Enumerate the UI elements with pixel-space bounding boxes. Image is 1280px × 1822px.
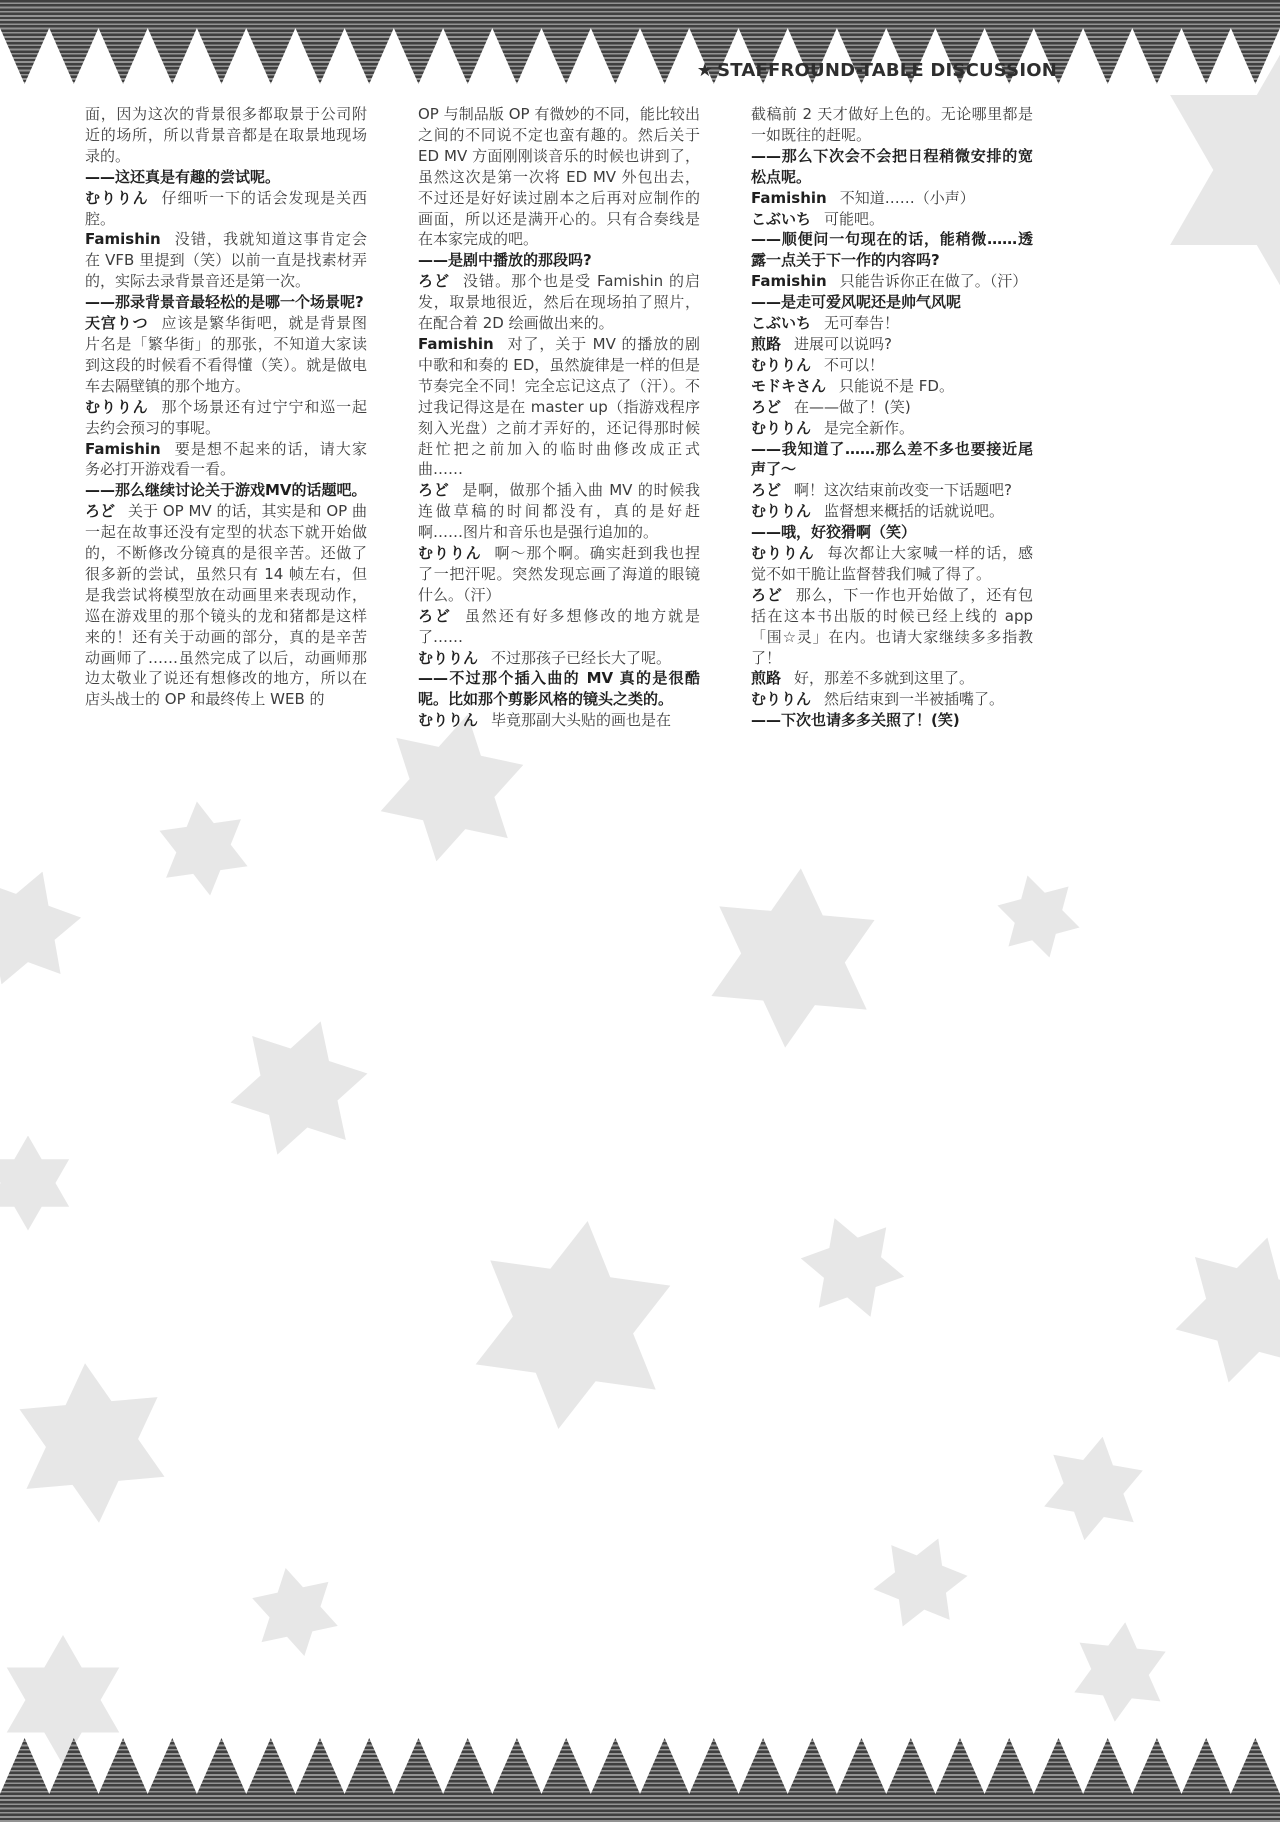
speaker-name: むりりん (85, 398, 162, 416)
dialogue-text: ——顺便问一句现在的话，能稍微……透露一点关于下一作的内容吗? (751, 230, 1033, 269)
dialogue-paragraph: むりりん是完全新作。 (751, 418, 1033, 439)
dialogue-text: 是完全新作。 (824, 419, 914, 437)
background-star-icon (211, 1000, 387, 1176)
dialogue-text: 无可奉告！ (824, 314, 899, 332)
dialogue-paragraph: Famishin对了，关于 MV 的播放的剧中歌和和奏的 ED，虽然旋律是一样的… (418, 334, 700, 480)
speaker-name: ろど (418, 272, 463, 290)
dialogue-paragraph: こぶいち可能吧。 (751, 209, 1033, 230)
interviewer-line: ——我知道了……那么差不多也要接近尾声了～ (751, 439, 1033, 481)
speaker-name: Famishin (751, 189, 840, 207)
dialogue-paragraph: むりりん啊～那个啊。确实赶到我也捏了一把汗呢。突然发现忘画了海道的眼镜什么。（汗… (418, 543, 700, 606)
bottom-zigzag-border (0, 1738, 1280, 1822)
dialogue-paragraph: ろど关于 OP MV 的话，其实是和 OP 曲一起在故事还没有定型的状态下就开始… (85, 501, 367, 710)
speaker-name: ろど (751, 398, 794, 416)
dialogue-paragraph: ろど虽然还有好多想修改的地方就是了…… (418, 606, 700, 648)
interviewer-line: ——下次也请多多关照了！(笑) (751, 710, 1033, 731)
dialogue-paragraph: 天宫りつ应该是繁华街吧，就是背景图片名是「繁华街」的那张，不知道大家读到这段的时… (85, 313, 367, 397)
dialogue-paragraph: Famishin要是想不起来的话，请大家务必打开游戏看一看。 (85, 439, 367, 481)
dialogue-text: 监督想来概括的话就说吧。 (824, 502, 1004, 520)
dialogue-paragraph: むりりん仔细听一下的话会发现是关西腔。 (85, 188, 367, 230)
dialogue-text: 可能吧。 (824, 210, 884, 228)
interviewer-line: ——这还真是有趣的尝试呢。 (85, 167, 367, 188)
speaker-name: Famishin (418, 335, 507, 353)
dialogue-text: ——那么下次会不会把日程稍微安排的宽松点呢。 (751, 147, 1033, 186)
text-column: 面，因为这次的背景很多都取景于公司附近的场所，所以背景音都是在取景地现场录的。—… (85, 104, 367, 731)
dialogue-paragraph: Famishin不知道……（小声） (751, 188, 1033, 209)
speaker-name: モドキさん (751, 377, 839, 395)
dialogue-paragraph: むりりん然后结束到一半被插嘴了。 (751, 689, 1033, 710)
interviewer-line: ——那么继续讨论关于游戏MV的话题吧。 (85, 480, 367, 501)
dialogue-paragraph: ろど在——做了！(笑) (751, 397, 1033, 418)
background-star-icon (695, 860, 890, 1055)
speaker-name: むりりん (751, 502, 824, 520)
speaker-name: ろど (751, 586, 796, 604)
dialogue-text: 在——做了！(笑) (794, 398, 911, 416)
dialogue-text: 不知道……（小声） (840, 189, 975, 207)
dialogue-text: 不可以！ (824, 356, 884, 374)
continuation-paragraph: 截稿前 2 天才做好上色的。无论哪里都是一如既往的赶呢。 (751, 104, 1033, 146)
star-icon: ★ (697, 60, 713, 81)
speaker-name: 煎路 (751, 335, 794, 353)
dialogue-paragraph: むりりん毕竟那副大头贴的画也是在 (418, 710, 700, 731)
background-star-icon (1032, 1427, 1154, 1549)
dialogue-text: 截稿前 2 天才做好上色的。无论哪里都是一如既往的赶呢。 (751, 105, 1033, 144)
speaker-name: 煎路 (751, 669, 794, 687)
dialogue-paragraph: むりりん那个场景还有过宁宁和巡一起去约会预习的事呢。 (85, 397, 367, 439)
dialogue-text: 只能告诉你正在做了。（汗） (840, 272, 1028, 290)
continuation-paragraph: OP 与制品版 OP 有微妙的不同，能比较出之间的不同说不定也蛮有趣的。然后关于… (418, 104, 700, 250)
speaker-name: こぶいち (751, 210, 824, 228)
dialogue-text: ——那么继续讨论关于游戏MV的话题吧。 (85, 481, 367, 499)
dialogue-paragraph: 煎路好，那差不多就到这里了。 (751, 668, 1033, 689)
dialogue-text: 然后结束到一半被插嘴了。 (824, 690, 1004, 708)
interviewer-line: ——哦，好狡猾啊（笑） (751, 522, 1033, 543)
dialogue-paragraph: 煎路进展可以说吗? (751, 334, 1033, 355)
interviewer-line: ——那么下次会不会把日程稍微安排的宽松点呢。 (751, 146, 1033, 188)
background-star-icon (1065, 1617, 1175, 1727)
dialogue-paragraph: ろど是啊，做那个插入曲 MV 的时候我连做草稿的时间都没有，真的是好赶啊……图片… (418, 480, 700, 543)
dialogue-text: OP 与制品版 OP 有微妙的不同，能比较出之间的不同说不定也蛮有趣的。然后关于… (418, 105, 700, 248)
dialogue-paragraph: ろど没错。那个也是受 Famishin 的启发，取景地很近，然后在现场拍了照片，… (418, 271, 700, 334)
speaker-name: ろど (418, 607, 465, 625)
dialogue-paragraph: モドキさん只能说不是 FD。 (751, 376, 1033, 397)
dialogue-text: ——我知道了……那么差不多也要接近尾声了～ (751, 440, 1033, 479)
interviewer-line: ——顺便问一句现在的话，能稍微……透露一点关于下一作的内容吗? (751, 229, 1033, 271)
speaker-name: 天宫りつ (85, 314, 162, 332)
speaker-name: むりりん (85, 189, 162, 207)
page-header: ★STAFFROUND-TABLE DISCUSSION (0, 60, 1057, 81)
text-column: OP 与制品版 OP 有微妙的不同，能比较出之间的不同说不定也蛮有趣的。然后关于… (418, 104, 700, 731)
speaker-name: むりりん (751, 419, 824, 437)
background-star-icon (149, 794, 256, 901)
speaker-name: むりりん (751, 690, 824, 708)
background-star-icon (242, 1559, 349, 1666)
page-title: STAFFROUND-TABLE DISCUSSION (717, 60, 1057, 81)
speaker-name: むりりん (418, 711, 491, 729)
background-star-icon (0, 1635, 128, 1765)
dialogue-paragraph: ろど那么，下一作也开始做了，还有包括在这本书出版的时候已经上线的 app「围☆灵… (751, 585, 1033, 669)
dialogue-paragraph: むりりん监督想来概括的话就说吧。 (751, 501, 1033, 522)
dialogue-paragraph: むりりん不过那孩子已经长大了呢。 (418, 648, 700, 669)
dialogue-text: 啊！这次结束前改变一下话题吧? (794, 481, 1012, 499)
dialogue-text: 关于 OP MV 的话，其实是和 OP 曲一起在故事还没有定型的状态下就开始做的… (85, 502, 367, 708)
interviewer-line: ——是剧中播放的那段吗? (418, 250, 700, 271)
continuation-paragraph: 面，因为这次的背景很多都取景于公司附近的场所，所以背景音都是在取景地现场录的。 (85, 104, 367, 167)
background-star-icon (858, 1520, 982, 1644)
dialogue-text: ——是剧中播放的那段吗? (418, 251, 592, 269)
background-star-icon (785, 1200, 920, 1335)
dialogue-text: 只能说不是 FD。 (839, 377, 954, 395)
dialogue-paragraph: Famishin只能告诉你正在做了。（汗） (751, 271, 1033, 292)
dialogue-paragraph: ろど啊！这次结束前改变一下话题吧? (751, 480, 1033, 501)
dialogue-text: ——这还真是有趣的尝试呢。 (85, 168, 280, 186)
speaker-name: むりりん (751, 544, 828, 562)
dialogue-text: ——哦，好狡猾啊（笑） (751, 523, 916, 541)
interviewer-line: ——是走可爱风呢还是帅气风呢 (751, 292, 1033, 313)
speaker-name: ろど (751, 481, 794, 499)
dialogue-text: ——那录背景音最轻松的是哪一个场景呢? (85, 293, 364, 311)
speaker-name: Famishin (85, 230, 174, 248)
dialogue-text: 面，因为这次的背景很多都取景于公司附近的场所，所以背景音都是在取景地现场录的。 (85, 105, 367, 165)
dialogue-text: ——下次也请多多关照了！(笑) (751, 711, 960, 729)
interviewer-line: ——不过那个插入曲的 MV 真的是很酷呢。比如那个剪影风格的镜头之类的。 (418, 668, 700, 710)
background-star-icon (5, 1356, 178, 1529)
speaker-name: むりりん (418, 544, 495, 562)
speaker-name: ろど (418, 481, 462, 499)
background-star-icon (986, 864, 1090, 968)
speaker-name: ろど (85, 502, 128, 520)
dialogue-text: ——是走可爱风呢还是帅气风呢 (751, 293, 961, 311)
dialogue-paragraph: Famishin没错，我就知道这事肯定会在 VFB 里提到（笑）以前一直是找素材… (85, 229, 367, 292)
background-star-icon (0, 1136, 76, 1231)
dialogue-text: 毕竟那副大头贴的画也是在 (491, 711, 671, 729)
dialogue-text: 好，那差不多就到这里了。 (794, 669, 974, 687)
dialogue-paragraph: こぶいち无可奉告！ (751, 313, 1033, 334)
dialogue-paragraph: むりりん每次都让大家喊一样的话，感觉不如干脆让监督替我们喊了得了。 (751, 543, 1033, 585)
speaker-name: こぶいち (751, 314, 824, 332)
dialogue-text: 对了，关于 MV 的播放的剧中歌和和奏的 ED，虽然旋律是一样的但是节奏完全不同… (418, 335, 700, 478)
dialogue-text: 进展可以说吗? (794, 335, 892, 353)
speaker-name: Famishin (85, 440, 174, 458)
dialogue-text: ——不过那个插入曲的 MV 真的是很酷呢。比如那个剪影风格的镜头之类的。 (418, 669, 700, 708)
text-column: 截稿前 2 天才做好上色的。无论哪里都是一如既往的赶呢。——那么下次会不会把日程… (751, 104, 1033, 731)
magazine-page: { "header": { "star": "★", "title": "STA… (0, 0, 1280, 1822)
speaker-name: むりりん (418, 649, 491, 667)
background-star-icon (0, 851, 99, 1005)
speaker-name: むりりん (751, 356, 824, 374)
dialogue-paragraph: むりりん不可以！ (751, 355, 1033, 376)
background-star-icon (454, 1206, 691, 1443)
columns: 面，因为这次的背景很多都取景于公司附近的场所，所以背景音都是在取景地现场录的。—… (85, 104, 1033, 731)
dialogue-text: 不过那孩子已经长大了呢。 (491, 649, 671, 667)
speaker-name: Famishin (751, 272, 840, 290)
interviewer-line: ——那录背景音最轻松的是哪一个场景呢? (85, 292, 367, 313)
background-star-icon (1156, 1218, 1280, 1402)
